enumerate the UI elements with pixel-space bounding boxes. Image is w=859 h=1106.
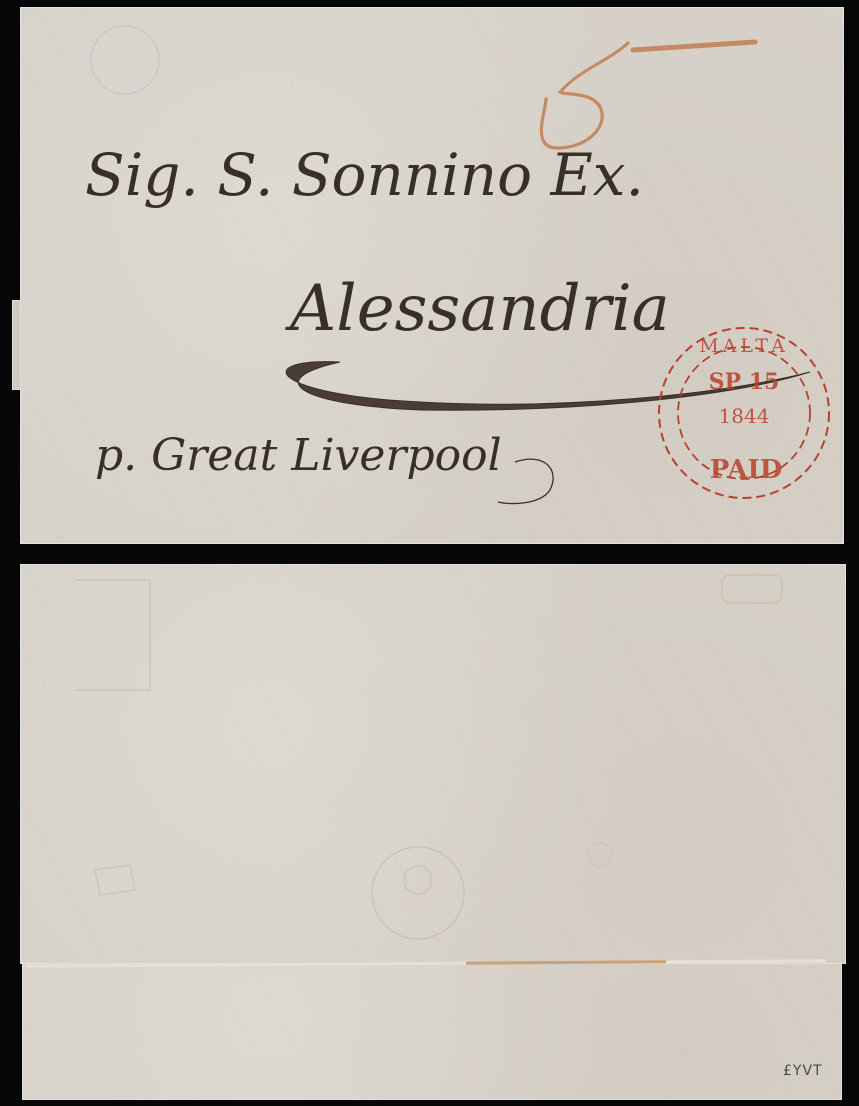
- cover-back: [20, 564, 846, 964]
- pencil-notation: £YVT: [783, 1063, 823, 1079]
- cover-front: [20, 7, 844, 544]
- cover-back-lower-flap: [22, 958, 842, 1100]
